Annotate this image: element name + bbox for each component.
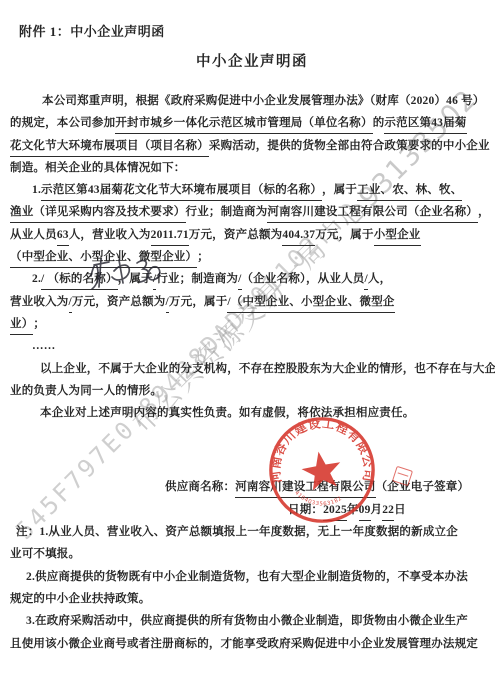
text-segment: 日: [394, 500, 406, 520]
text-segment: 年: [347, 500, 359, 520]
text-line: 营业收入为 / 万元，资产总额为 / 万元，属于 / （中型企业、小型企业、微型…: [10, 291, 495, 313]
text-segment: 万元，资产总额为: [72, 292, 166, 312]
text-segment: ……: [32, 336, 55, 356]
text-line: （中型企业、小型企业、微型企业）；: [10, 246, 495, 268]
note-line-3: 2.供应商提供的货物既有中小企业制造货物，也有大型企业制造货物的，不享受本办法: [10, 566, 495, 588]
text-segment: 本企业对上述声明内容的真实性负责。如有虚假，将依法承担相应责任。: [40, 403, 414, 423]
text-line: 以上企业，不属于大企业的分支机构，不存在控股股东为大企业的情形，也不存在与大企: [10, 358, 495, 380]
text-line: 渔业（详见采购内容及技术要求） 行业；制造商为河南容川建设工程有限公司（企业名称…: [10, 201, 495, 223]
declaration-document-page: 市公共资源交易一局中心93133502 545F797E0789428DAD50…: [0, 0, 504, 680]
text-segment: 的规定，本公司参加: [10, 113, 115, 133]
text-segment: ，属于: [118, 269, 153, 289]
date-line: 日期： 2025 年 09 月 22 日: [10, 499, 495, 521]
filled-blank: 工业、农、林、牧、: [357, 180, 462, 201]
text-segment: 规定的中小企业扶持政策。: [10, 589, 150, 609]
attachment-label: 附件 1：中小企业声明函: [19, 21, 165, 40]
text-segment: 行业；制造商为: [186, 202, 268, 222]
text-segment: 人，: [368, 269, 391, 289]
filled-blank: / （标的名称）: [41, 269, 118, 290]
note-line-4: 规定的中小企业扶持政策。: [10, 588, 495, 610]
text-segment: 行业；制造商为: [156, 269, 238, 289]
filled-blank: （中型企业、小型企业、微型企: [231, 292, 395, 313]
text-segment: 3.在政府采购活动中，供应商提供的所有货物由小微企业制造，即货物由小微企业生产: [26, 611, 468, 631]
text-segment: 2.供应商提供的货物既有中小企业制造货物，也有大型企业制造货物的，不享受本办法: [26, 567, 468, 587]
text-line: 制造。相关企业的具体情况如下：: [10, 157, 495, 179]
text-segment: 人，营业收入为: [69, 225, 151, 245]
note-line-2: 业可不填报。: [10, 543, 495, 565]
filled-blank: 09: [359, 500, 371, 521]
text-segment: 从业人员: [10, 225, 57, 245]
text-line: 本企业对上述声明内容的真实性负责。如有虚假，将依法承担相应责任。: [10, 402, 495, 424]
text-segment: 制造。相关企业的具体情况如下：: [10, 158, 186, 178]
text-segment: 营业收入为: [10, 292, 69, 312]
note-line-1: 注：1.从业人员、营业收入、资产总额填报上一年度数据，无上一年度数据的新成立企: [10, 521, 495, 543]
text-segment: ；: [33, 314, 45, 334]
note-line-5: 3.在政府采购活动中，供应商提供的所有货物由小微企业制造，即货物由小微企业生产: [10, 610, 495, 632]
text-segment: 1.: [32, 180, 41, 200]
filled-blank: 小型企业: [374, 225, 421, 246]
text-segment: 日期：: [288, 500, 323, 520]
page-title: 中小企业声明函: [0, 50, 504, 71]
text-line: 业）；: [10, 313, 495, 335]
text-segment: ；: [197, 247, 209, 267]
filled-blank: 示范区第43届菊: [384, 113, 466, 134]
text-segment: 的: [373, 113, 385, 133]
text-line: 业的负责人为同一人的情形。: [10, 380, 495, 402]
text-line: 1. 示范区第43届菊花文化节大环境布展项目（标的名称） ，属于 工业、农、林、…: [10, 179, 495, 201]
document-body: 本公司郑重声明，根据《政府采购促进中小企业发展管理办法》（财库（2020）46 …: [10, 90, 495, 655]
text-segment: ，属于: [322, 180, 357, 200]
text-segment: 万元，属于: [315, 225, 374, 245]
text-segment: 月: [371, 500, 383, 520]
filled-blank: 404.37: [282, 225, 315, 246]
filled-blank: 业）: [10, 314, 33, 335]
filled-blank: （中型企业、小型企业、微型企业）: [10, 247, 197, 268]
filled-blank: 示范区第43届菊花文化节大环境布展项目（标的名称）: [41, 180, 322, 201]
text-segment: 万元，属于: [169, 292, 228, 312]
filled-blank: 开封市城乡一体化示范区城市管理局（单位名称）: [115, 113, 372, 134]
text-segment: 业可不填报。: [10, 544, 80, 564]
text-line: 从业人员 63 人，营业收入为 2011.71 万元，资产总额为 404.37 …: [10, 224, 495, 246]
filled-blank: 渔业（详见采购内容及技术要求）: [10, 202, 186, 223]
filled-blank: 河南容川建设工程有限公司: [235, 477, 375, 498]
text-line: ……: [10, 335, 495, 357]
text-line: 2. / （标的名称），属于 / 行业；制造商为 / （企业名称），从业人员 /…: [10, 268, 495, 290]
text-segment: 且使用该小微企业商号或者注册商标的，才能享受政府采购促进中小企业发展管理办法规定: [10, 634, 478, 654]
text-segment: 供应商名称：: [165, 477, 235, 497]
filled-blank: 2025: [323, 500, 347, 521]
text-line: 本公司郑重声明，根据《政府采购促进中小企业发展管理办法》（财库（2020）46 …: [10, 90, 495, 112]
filled-blank: 2011.71: [151, 225, 189, 246]
filled-blank: 63: [57, 225, 69, 246]
text-segment: 业的负责人为同一人的情形。: [10, 381, 162, 401]
text-segment: ，: [478, 202, 490, 222]
text-segment: 注：1.从业人员、营业收入、资产总额填报上一年度数据，无上一年度数据的新成立企: [16, 522, 458, 542]
text-line: 的规定，本公司参加开封市城乡一体化示范区城市管理局（单位名称）的 示范区第43届…: [10, 112, 495, 134]
text-segment: 采购活动，提供的货物全部由符合政策要求的中小企业: [209, 136, 490, 156]
note-line-6: 且使用该小微企业商号或者注册商标的，才能享受政府采购促进中小企业发展管理办法规定: [10, 633, 495, 655]
filled-blank: 河南容川建设工程有限公司（企业名称）: [267, 202, 478, 223]
text-segment: 万元，资产总额为: [189, 225, 283, 245]
text-segment: 以上企业，不属于大企业的分支机构，不存在控股股东为大企业的情形，也不存在与大企: [40, 359, 495, 379]
text-segment: 本公司郑重声明，根据《政府采购促进中小企业发展管理办法》（财库（2020）46 …: [42, 91, 485, 111]
text-segment: （企业名称），从业人员: [242, 269, 365, 289]
filled-blank: 22: [382, 500, 394, 521]
text-segment: 2.: [32, 269, 41, 289]
text-line: 花文化节大环境布展项目（项目名称）采购活动，提供的货物全部由符合政策要求的中小企…: [10, 135, 495, 157]
filled-blank: 花文化节大环境布展项目（项目名称）: [10, 136, 209, 157]
text-segment: （企业电子签章）: [376, 477, 470, 497]
supplier-name-line: 供应商名称： 河南容川建设工程有限公司 （企业电子签章）: [10, 476, 495, 498]
